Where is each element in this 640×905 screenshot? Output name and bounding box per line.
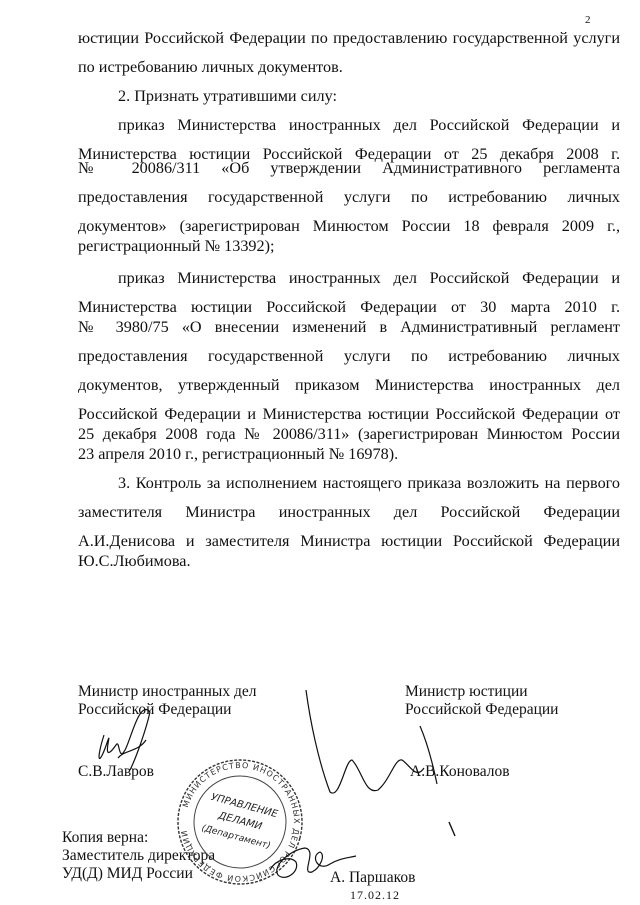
konovalov-signature-icon bbox=[306, 690, 437, 793]
pen-mark-icon bbox=[449, 822, 455, 836]
lavrov-signature-icon bbox=[99, 710, 150, 770]
official-stamp-icon: МИНИСТЕРСТВО ИНОСТРАННЫХ ДЕЛ РОССИЙСКОЙ … bbox=[164, 746, 316, 899]
stamp-and-signatures-layer: МИНИСТЕРСТВО ИНОСТРАННЫХ ДЕЛ РОССИЙСКОЙ … bbox=[0, 0, 640, 905]
